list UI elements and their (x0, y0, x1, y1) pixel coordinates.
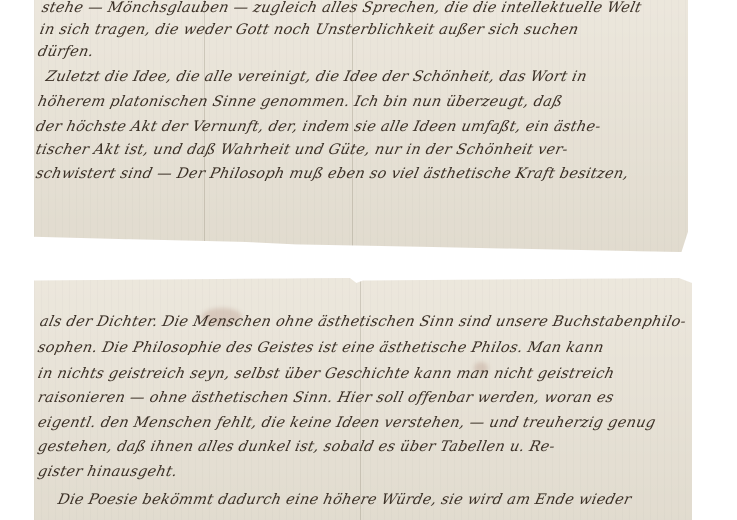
text-line: dürfen. (36, 44, 95, 60)
text-line: höherem platonischen Sinne genommen. Ich… (36, 94, 564, 110)
text-line: als der Dichter. Die Menschen ohne ästhe… (38, 314, 687, 330)
text-line: in nichts geistreich seyn, selbst über G… (36, 366, 616, 382)
text-line: raisonieren — ohne ästhetischen Sinn. Hi… (36, 390, 615, 406)
text-line: stehe — Mönchsglauben — zugleich alles S… (40, 0, 643, 16)
text-line: gestehen, daß ihnen alles dunkel ist, so… (36, 439, 556, 455)
manuscript-fragment-bottom: als der Dichter. Die Menschen ohne ästhe… (34, 278, 692, 520)
text-line: schwistert sind — Der Philosoph muß eben… (34, 166, 630, 182)
text-line: sophen. Die Philosophie des Geistes ist … (36, 340, 605, 356)
manuscript-fragment-top: stehe — Mönchsglauben — zugleich alles S… (34, 0, 688, 252)
text-line: Zuletzt die Idee, die alle vereinigt, di… (44, 69, 588, 85)
text-line: in sich tragen, die weder Gott noch Unst… (38, 22, 580, 38)
text-line: tischer Akt ist, und daß Wahrheit und Gü… (34, 142, 569, 158)
text-line: der höchste Akt der Vernunft, der, indem… (34, 119, 602, 135)
text-line: eigentl. den Menschen fehlt, die keine I… (36, 415, 657, 431)
text-line: gister hinausgeht. (36, 464, 178, 480)
text-line: Die Poesie bekömmt dadurch eine höhere W… (56, 492, 633, 508)
